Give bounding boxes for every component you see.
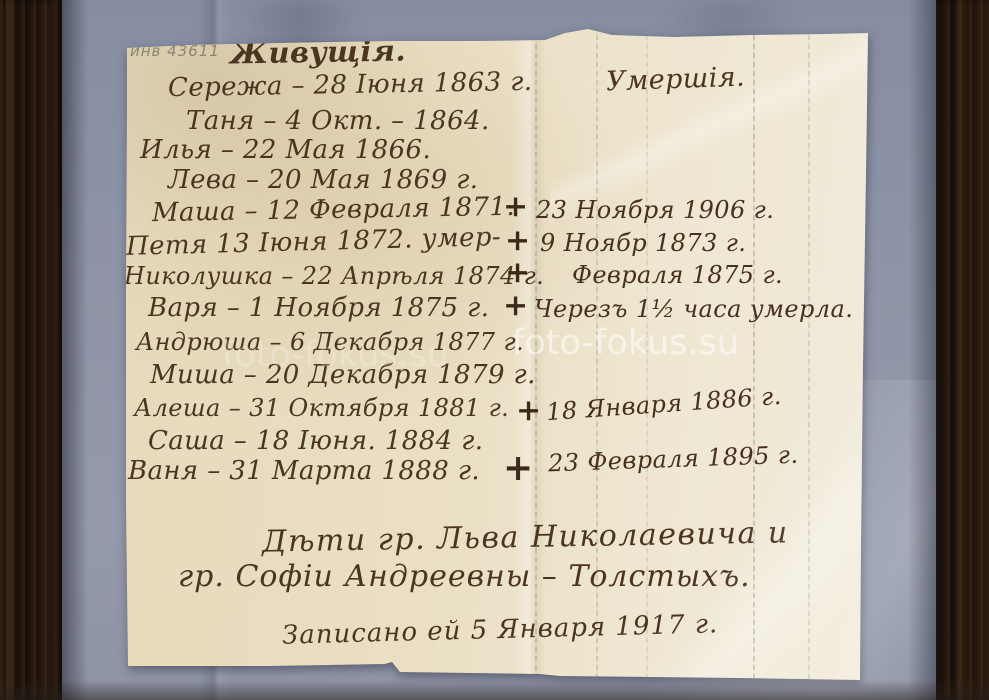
inventory-number: инв 43611 — [130, 42, 220, 60]
death-cross-vanya: + — [503, 450, 533, 486]
entry-varya-death: Черезъ 1½ часа умерла. — [534, 297, 853, 321]
entry-masha-death: 23 Ноября 1906 г. — [536, 198, 774, 222]
wood-frame-right — [936, 0, 989, 700]
frame-shadow — [908, 0, 936, 700]
wood-frame-left — [0, 0, 62, 700]
column-header-living: Живущія. — [230, 36, 406, 68]
entry-nikolushka-birth: Николушка – 22 Апрѣля 1874 г. — [124, 264, 544, 288]
entry-vanya-birth: Ваня – 31 Марта 1888 г. — [128, 458, 480, 484]
entry-ilya-birth: Илья – 22 Мая 1866. — [140, 137, 431, 163]
entry-alyosha-birth: Алеша – 31 Октября 1881 г. — [134, 396, 509, 420]
death-cross-masha: + — [503, 192, 528, 222]
entry-leva-birth: Лева – 20 Мая 1869 г. — [168, 167, 478, 193]
death-cross-alyosha: + — [516, 396, 541, 426]
column-header-deceased: Умершія. — [606, 64, 746, 96]
death-cross-varya: + — [503, 291, 528, 321]
entry-nikolushka-death: Февраля 1875 г. — [572, 263, 783, 287]
entry-sergei-birth: Сережа – 28 Іюня 1863 г. — [168, 69, 533, 101]
death-cross-nikolushka: + — [505, 258, 530, 288]
entry-masha-birth: Маша – 12 Февраля 1871. — [152, 194, 515, 226]
entry-tanya-birth: Таня – 4 Окт. – 1864. — [186, 108, 490, 134]
photo-watermark: foto-fokus.su — [222, 338, 449, 373]
frame-shadow — [62, 0, 88, 700]
death-cross-petya: + — [505, 226, 530, 256]
framed-document-photo: инв 43611 Живущія. Умершія. Сережа – 28 … — [0, 0, 989, 700]
photo-watermark: foto-fokus.su — [512, 326, 739, 361]
bottom-vignette — [0, 680, 989, 700]
entry-varya-birth: Варя – 1 Ноября 1875 г. — [148, 295, 489, 321]
entry-sasha-birth: Саша – 18 Іюня. 1884 г. — [148, 428, 483, 454]
entry-petya-birth: Петя 13 Іюня 1872. умер- — [126, 224, 502, 260]
entry-petya-death: 9 Ноябр 1873 г. — [540, 231, 746, 255]
